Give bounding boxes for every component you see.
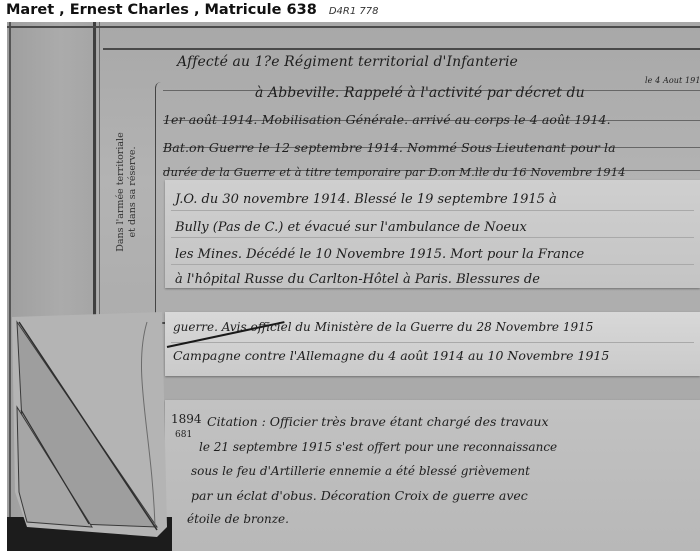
slip-rule [171,237,694,238]
pasted-slip-death: J.O. du 30 novembre 1914. Blessé le 19 s… [165,180,700,288]
entry-line-3: 1er août 1914. Mobilisation Générale. ar… [163,112,611,127]
side-label-line-1: Dans l'armée territoriale [115,132,127,251]
citation-margin-number-2: 681 [175,430,192,440]
service-record-entry: Affecté au 1?e Régiment territorial d'In… [155,40,700,190]
death-line-1: J.O. du 30 novembre 1914. Blessé le 19 s… [175,192,557,207]
record-title: Maret , Ernest Charles , Matricule 638 [6,2,317,18]
pasted-slip-citation: 1894 681 Citation : Officier très brave … [165,400,700,551]
citation-line-4: par un éclat d'obus. Décoration Croix de… [191,488,528,503]
entry-line-4: Bat.on Guerre le 12 septembre 1914. Nomm… [163,140,616,155]
citation-margin-number-1: 1894 [171,412,202,426]
death-line-4: à l'hôpital Russe du Carlton-Hôtel à Par… [175,272,540,287]
form-section-label: Dans l'armée territoriale et dans sa rés… [107,112,147,272]
form-top-rule [7,26,700,28]
death-line-3: les Mines. Décédé le 10 Novembre 1915. M… [175,247,584,262]
scanned-register-page: Dans l'armée territoriale et dans sa rés… [7,22,700,551]
marginal-annotation: le 4 Aout 1918 [645,76,700,85]
folded-paper-corner [7,312,172,551]
record-header: Maret , Ernest Charles , Matricule 638 D… [0,0,700,22]
slip-rule [171,210,694,211]
entry-line-2: à Abbeville. Rappelé à l'activité par dé… [255,85,585,101]
citation-line-2: le 21 septembre 1915 s'est offert pour u… [199,440,557,454]
form-column-rule-a [93,22,96,322]
campaign-line-2: Campagne contre l'Allemagne du 4 août 19… [173,348,609,363]
pasted-slip-campaign: guerre. Avis officiel du Ministère de la… [165,312,700,376]
form-column-rule-b [99,22,100,322]
citation-line-3: sous le feu d'Artillerie ennemie a été b… [191,464,530,478]
entry-line-5: durée de la Guerre et à titre temporaire… [163,165,626,179]
archive-reference: D4R1 778 [329,6,379,17]
citation-line-5: étoile de bronze. [187,512,289,526]
slip-rule [171,264,694,265]
citation-line-1: Citation : Officier très brave étant cha… [207,414,549,429]
slip-rule [171,342,694,343]
death-line-2: Bully (Pas de C.) et évacué sur l'ambula… [175,220,527,235]
side-label-line-2: et dans sa réserve. [127,132,139,251]
entry-line-1: Affecté au 1?e Régiment territorial d'In… [177,54,518,70]
